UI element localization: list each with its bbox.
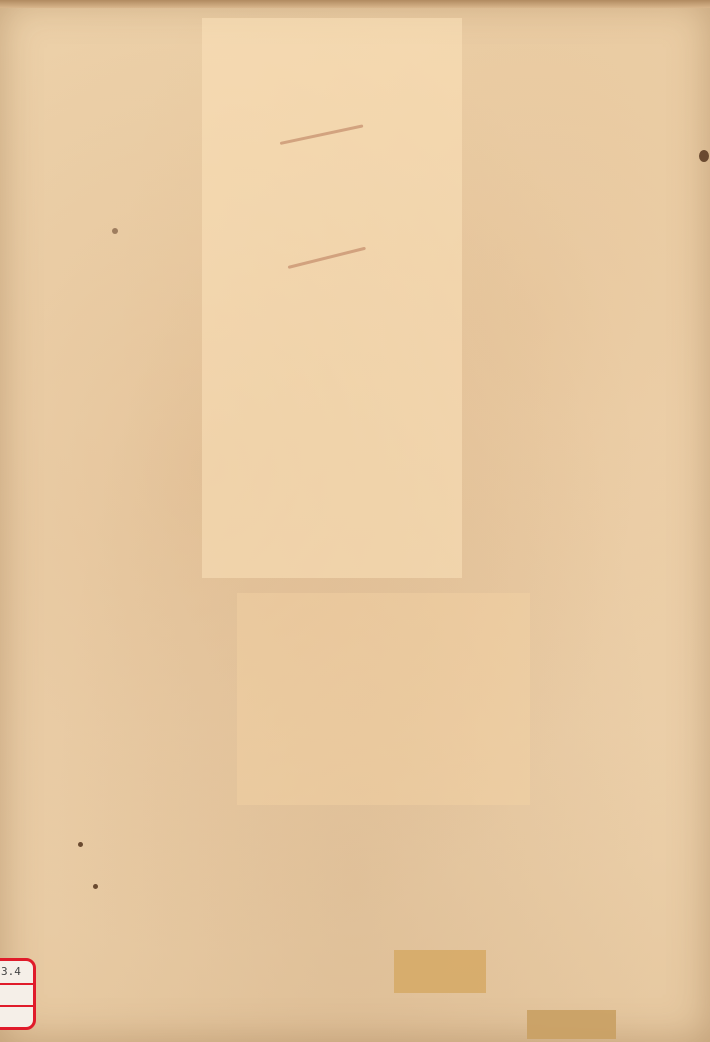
label-divider xyxy=(0,1005,33,1007)
tape-residue xyxy=(394,950,486,993)
faded-panel-bottom xyxy=(237,593,530,805)
book-cover: 3.4 xyxy=(0,0,710,1042)
stain-spot xyxy=(78,842,83,847)
stain-spot xyxy=(699,150,709,162)
faded-panel-top xyxy=(202,18,462,578)
tape-residue xyxy=(527,1010,616,1039)
cover-top-edge xyxy=(0,0,710,8)
label-divider xyxy=(0,983,33,985)
library-label-text: 3.4 xyxy=(1,965,21,978)
library-label: 3.4 xyxy=(0,958,36,1030)
stain-spot xyxy=(93,884,98,889)
stain-spot xyxy=(112,228,118,234)
